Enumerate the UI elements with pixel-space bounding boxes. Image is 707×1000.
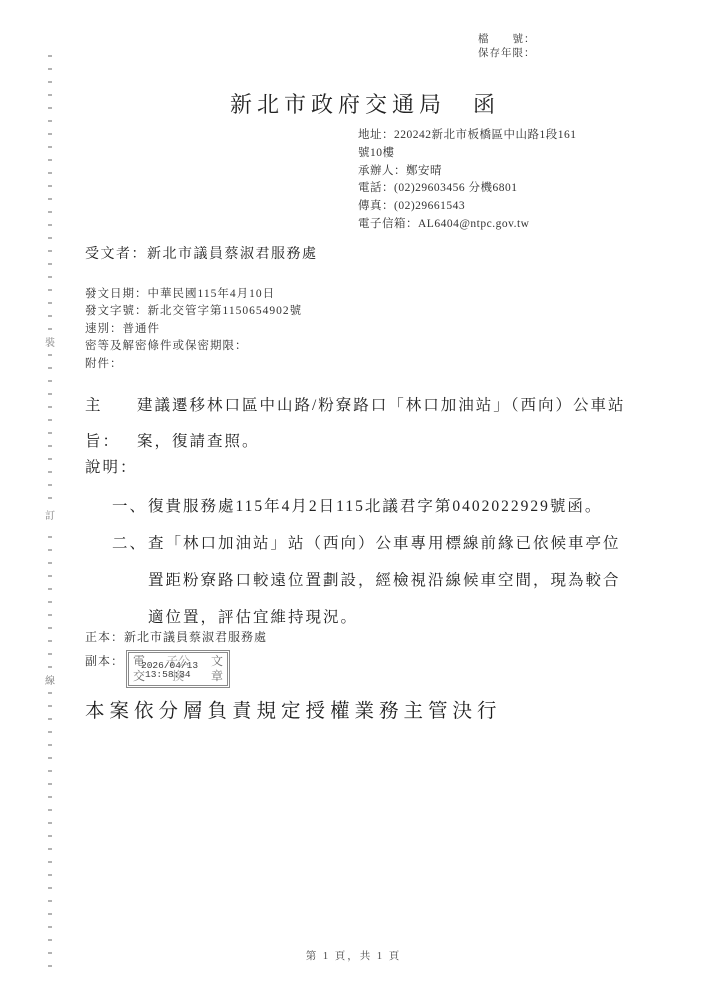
attachment-line: 附件： [85,356,302,373]
file-number-label: 檔 號： [478,33,536,47]
item-text: 查「林口加油站」站（西向）公車專用標線前緣已依候車亭位置距粉寮路口較遠位置劃設，… [148,525,626,636]
item-number: 二、 [112,525,148,636]
description-items: 一、 復貴服務處115年4月2日115北議君字第0402022929號函。 二、… [112,488,652,636]
copies-block: 正本：新北市議員蔡淑君服務處 副本： 電 子公 文 交 換 章 2026/04/… [85,626,267,688]
sender-email: 電子信箱：AL6404@ntpc.gov.tw [358,216,688,234]
list-item: 一、 復貴服務處115年4月2日115北議君字第0402022929號函。 [112,488,652,525]
retention-period-label: 保存年限： [478,47,536,61]
electronic-exchange-stamp: 電 子公 文 交 換 章 2026/04/13 13:58:34 [126,650,230,688]
sender-address-line1: 地址：220242新北市板橋區中山路1段161 [358,127,688,145]
priority-line: 速別：普通件 [85,321,302,338]
stamp-char: 章 [211,669,223,684]
issue-date-line: 發文日期：中華民國115年4月10日 [85,286,302,303]
sender-phone: 電話：(02)29603456 分機6801 [358,180,688,198]
classification-line: 密等及解密條件或保密期限： [85,338,302,355]
document-title: 新北市政府交通局 函 [0,88,707,119]
binding-mark-ding: 訂 [43,504,57,525]
issue-number-line: 發文字號：新北交管字第1150654902號 [85,303,302,320]
archive-labels: 檔 號： 保存年限： [478,33,536,61]
recipient-line: 受文者：新北市議員蔡淑君服務處 [85,243,318,263]
item-number: 一、 [112,488,148,525]
subject-label: 主旨： [85,388,137,460]
item-text: 復貴服務處115年4月2日115北議君字第0402022929號函。 [148,488,626,525]
list-item: 二、 查「林口加油站」站（西向）公車專用標線前緣已依候車亭位置距粉寮路口較遠位置… [112,525,652,636]
stamp-char: 文 [211,654,223,669]
subject-text: 建議遷移林口區中山路/粉寮路口「林口加油站」（西向）公車站案，復請查照。 [137,388,632,460]
stamp-time: 13:58:34 [145,664,191,686]
document-meta-block: 發文日期：中華民國115年4月10日 發文字號：新北交管字第1150654902… [85,286,302,373]
authorization-statement: 本案依分層負責規定授權業務主管決行 [85,695,502,723]
sender-address-line2: 號10樓 [358,145,688,163]
binding-mark-xian: 線 [43,669,57,690]
page-number-footer: 第 1 頁，共 1 頁 [0,948,707,963]
description-label: 說明： [85,455,138,477]
cc-label: 副本： [85,650,124,672]
cc-copy-row: 副本： 電 子公 文 交 換 章 2026/04/13 13:58:34 [85,650,267,688]
sender-info-block: 地址：220242新北市板橋區中山路1段161 號10樓 承辦人：鄭安晴 電話：… [358,127,688,234]
subject-section: 主旨： 建議遷移林口區中山路/粉寮路口「林口加油站」（西向）公車站案，復請查照。 [85,388,640,460]
sender-fax: 傳真：(02)29661543 [358,198,688,216]
binding-mark-zhuang: 裝 [43,331,57,352]
sender-officer: 承辦人：鄭安晴 [358,163,688,181]
original-copy-line: 正本：新北市議員蔡淑君服務處 [85,626,267,648]
